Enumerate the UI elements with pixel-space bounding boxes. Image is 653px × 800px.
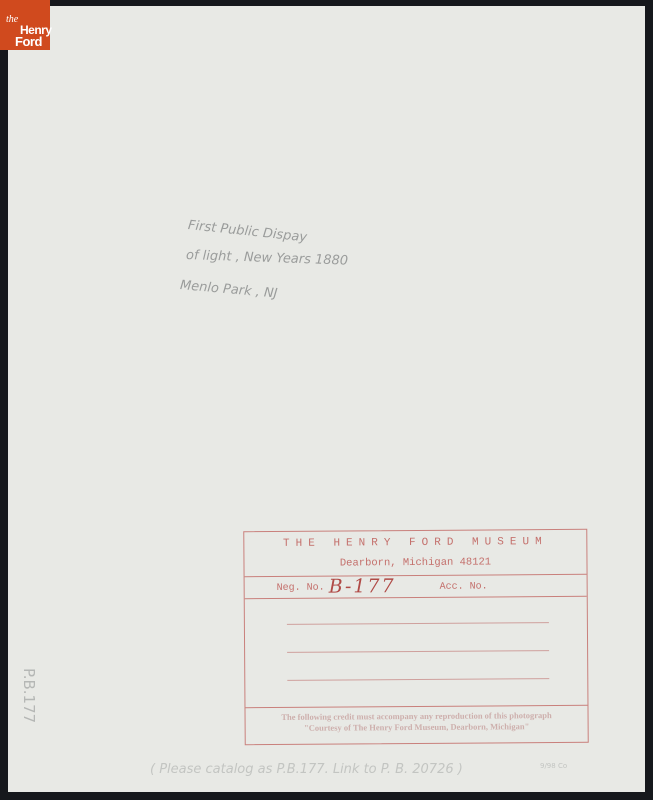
logo-the: the — [6, 14, 18, 25]
stamp-blank-line — [287, 650, 549, 653]
stamp-blank-line — [287, 678, 549, 681]
stamp-blank-line — [287, 622, 549, 625]
side-catalog-note: P.B.177 — [20, 668, 38, 723]
stamp-address: Dearborn, Michigan 48121 — [244, 556, 586, 570]
acc-no-label: Acc. No. — [440, 581, 488, 592]
neg-no-label: Neg. No. — [277, 583, 325, 594]
stamp-divider — [245, 596, 587, 599]
bottom-date: 9/98 Co — [540, 762, 567, 770]
neg-no-value: B-177 — [329, 575, 396, 597]
stamp-divider — [245, 574, 587, 577]
museum-stamp: THE HENRY FORD MUSEUM Dearborn, Michigan… — [243, 529, 588, 745]
bottom-catalog-note: ( Please catalog as P.B.177. Link to P. … — [150, 762, 463, 777]
logo-ford: Ford — [15, 34, 42, 49]
stamp-title: THE HENRY FORD MUSEUM — [244, 536, 586, 550]
stamp-divider — [245, 705, 587, 708]
stamp-credit: The following credit must accompany any … — [252, 710, 582, 734]
henry-ford-logo: the Henry Ford — [0, 0, 50, 50]
credit-line-2: "Courtesy of The Henry Ford Museum, Dear… — [252, 721, 582, 734]
